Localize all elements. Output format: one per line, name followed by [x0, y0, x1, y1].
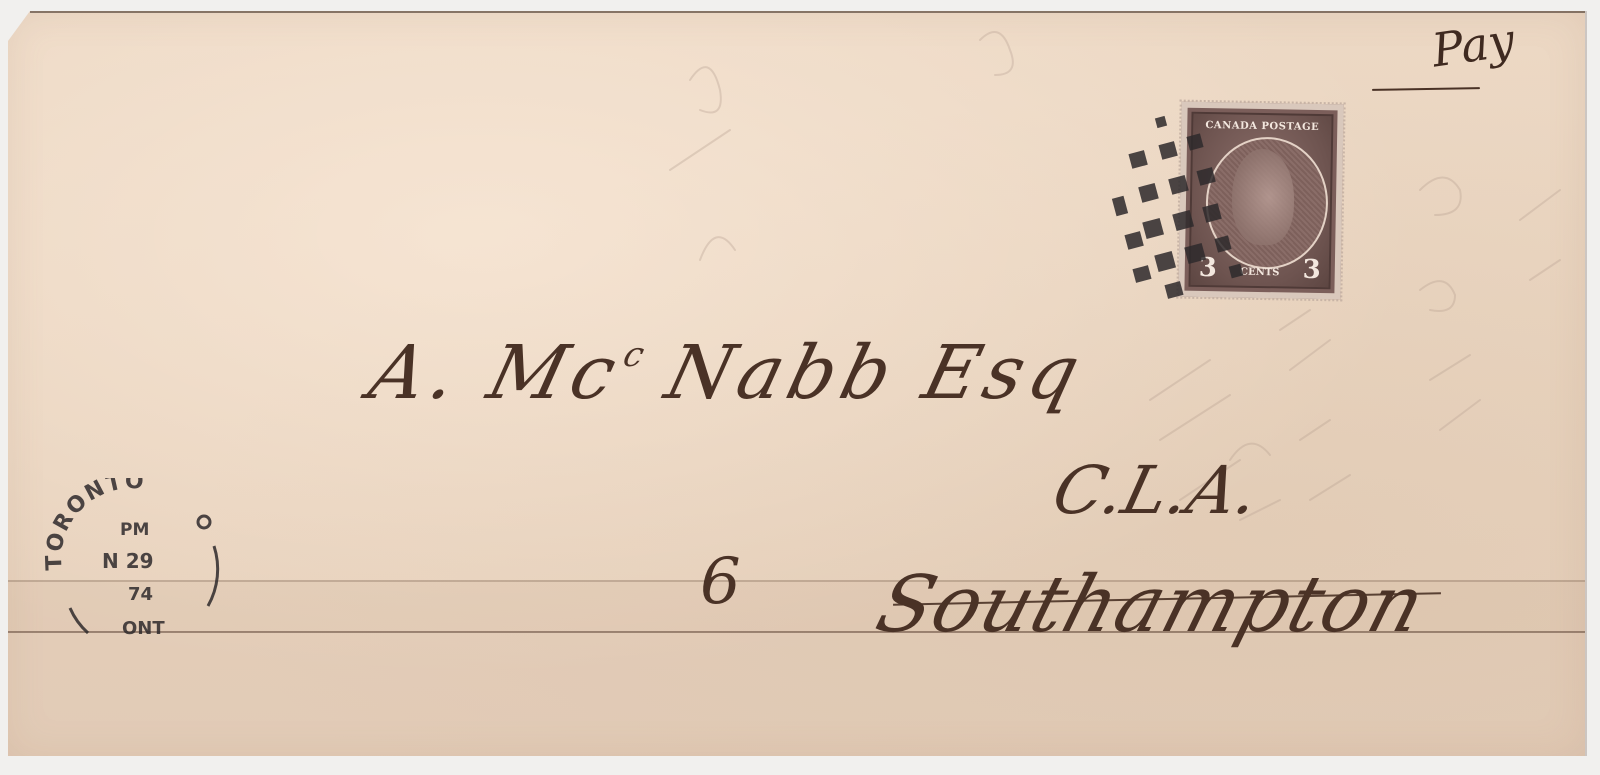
- addressee-title: C.L.A.: [1045, 452, 1267, 529]
- addressee-honorific: Esq: [915, 330, 1094, 416]
- top-edge: [30, 11, 1585, 13]
- street-number: 6: [700, 545, 741, 619]
- stamp-denomination-right: 3: [1302, 257, 1321, 283]
- postmark-province: ONT: [122, 618, 165, 639]
- corner-note-pay: Pay: [1429, 13, 1518, 78]
- destination-place: Southampton: [867, 560, 1435, 650]
- bottom-flap: [8, 633, 1585, 756]
- grid-cancel-icon: [1100, 105, 1250, 305]
- postmark-date: N 29: [102, 549, 154, 573]
- addressee-surname: Nabb: [658, 330, 907, 416]
- toronto-postmark: TORONTO PM N 29 74 ONT: [40, 478, 230, 648]
- addressee-prefix: Mc: [480, 330, 631, 416]
- right-edge: [1585, 11, 1587, 756]
- addressee-line: A. Mcc Nabb Esq: [361, 330, 1093, 416]
- postmark-year: 74: [128, 584, 153, 605]
- postmark-time: PM: [120, 520, 149, 540]
